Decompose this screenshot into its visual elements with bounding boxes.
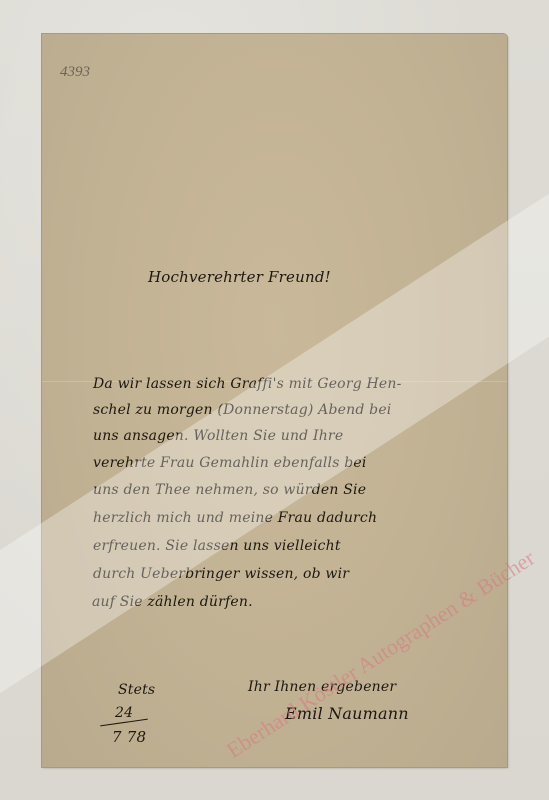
salutation: Hochverehrter Freund! (148, 268, 331, 286)
date-day: 24 (115, 705, 133, 721)
date-month-year: 7 78 (112, 728, 146, 746)
closing-stets: Stets (118, 682, 155, 698)
inventory-number: 4393 (60, 64, 90, 81)
